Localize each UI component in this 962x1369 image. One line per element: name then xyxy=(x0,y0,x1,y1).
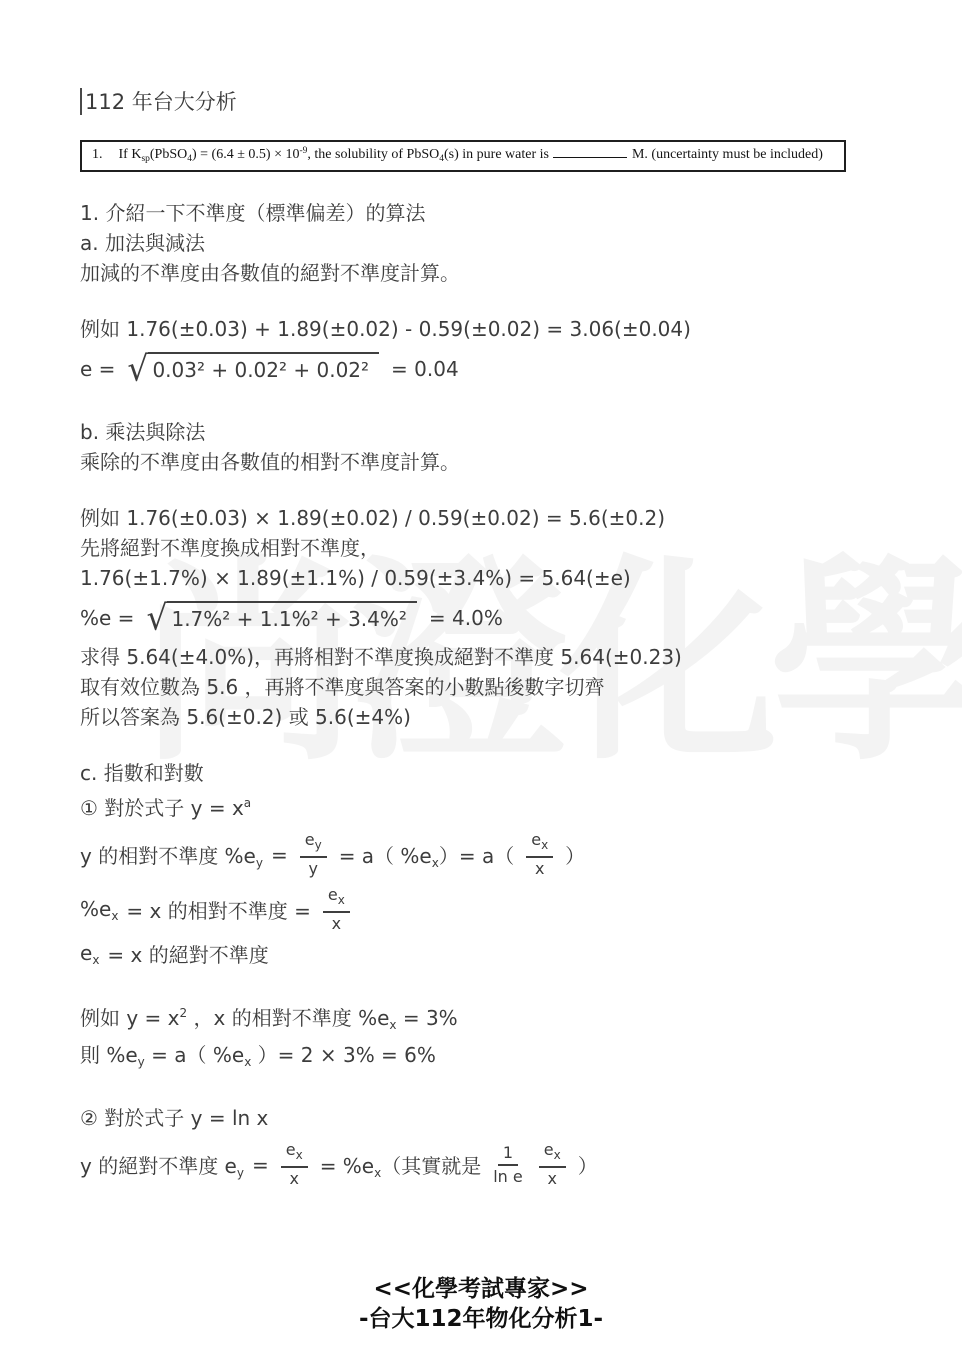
spacer xyxy=(80,593,922,601)
subscript-y: y xyxy=(138,1055,145,1069)
spacer xyxy=(80,972,922,998)
numerator: ex xyxy=(281,1141,308,1168)
formula-pre: ex xyxy=(80,941,99,967)
formula-pre: y 的相對不準度 %ey xyxy=(80,840,263,870)
section-b-example: 例如 1.76(±0.03) × 1.89(±0.02) / 0.59(±0.0… xyxy=(80,503,922,533)
section-c-item1: ① 對於式子 y = xa xyxy=(80,788,922,823)
denominator: x xyxy=(289,1168,298,1188)
subscript-x: x xyxy=(338,893,345,907)
spacer xyxy=(80,477,922,503)
fraction-ex-over-x: ex x xyxy=(526,831,553,878)
section-c-example2: 則 %ey = a（ %ex ）= 2 × 3% = 6% xyxy=(80,1040,922,1077)
radicand: 0.03² + 0.02² + 0.02² xyxy=(148,352,379,382)
denominator: x xyxy=(547,1168,556,1188)
question-box: 1. If Ksp(PbSO4) = (6.4 ± 0.5) × 10-9, t… xyxy=(80,140,846,172)
section-a-heading: a. 加法與減法 xyxy=(80,228,922,258)
formula-pre: %ex xyxy=(80,897,118,923)
page-title-text: 112 年台大分析 xyxy=(85,86,237,116)
formula-absolute-error: e = √ 0.03² + 0.02² + 0.02² = 0.04 xyxy=(80,352,922,385)
question-number: 1. xyxy=(92,147,103,163)
denominator: x xyxy=(535,858,544,878)
formula-lhs: %e = xyxy=(80,606,134,630)
section-a-description: 加減的不準度由各數值的絕對不準度計算。 xyxy=(80,258,922,288)
equals-sign: = xyxy=(252,1153,269,1177)
formula-rhs: = 4.0% xyxy=(429,606,503,630)
section-b-result3: 所以答案為 5.6(±0.2) 或 5.6(±4%) xyxy=(80,702,922,732)
spacer xyxy=(80,634,922,642)
subscript-x: x xyxy=(541,838,548,852)
subscript-sp: sp xyxy=(141,154,149,164)
formula-rest: = x 的絕對不準度 xyxy=(107,939,268,968)
formula-mid: = %ex（其實就是 xyxy=(320,1150,482,1180)
superscript-a: a xyxy=(244,796,251,810)
radical-sign-icon: √ xyxy=(146,600,167,635)
denominator: x xyxy=(332,913,341,933)
radicand: 1.7%² + 1.1%² + 3.4%² xyxy=(167,601,416,631)
square-root: √ 0.03² + 0.02² + 0.02² xyxy=(127,352,379,385)
section-b-result2: 取有效位數為 5.6 ，再將不準度與答案的小數點後數字切齊 xyxy=(80,672,922,702)
footer-doc-label: -台大112年物化分析1- xyxy=(0,1304,962,1334)
fraction-ex-over-x: ex x xyxy=(539,1141,566,1188)
spacer xyxy=(80,344,922,352)
spacer xyxy=(80,732,922,758)
subscript-y: y xyxy=(237,1166,244,1180)
spacer xyxy=(80,1077,922,1103)
formula-rhs: = 0.04 xyxy=(391,357,459,381)
subscript-x: x xyxy=(296,1148,303,1162)
formula-pre: y 的絕對不準度 ey xyxy=(80,1150,244,1180)
formula-def-absolute: ex = x 的絕對不準度 xyxy=(80,939,922,968)
formula-relative-error: %e = √ 1.7%² + 1.1%² + 3.4%² = 4.0% xyxy=(80,601,922,634)
denominator: y xyxy=(308,858,317,878)
section-b-step2: 1.76(±1.7%) × 1.89(±1.1%) / 0.59(±3.4%) … xyxy=(80,563,922,593)
spacer xyxy=(80,288,922,314)
page-title: 112 年台大分析 xyxy=(80,86,922,116)
formula-mid: = x 的相對不準度 = xyxy=(126,895,310,924)
numerator: ex xyxy=(526,831,553,858)
numerator: ey xyxy=(300,831,327,858)
formula-abs-uncertainty-y: y 的絕對不準度 ey = ex x = %ex（其實就是 1 ln e ex … xyxy=(80,1141,922,1188)
subscript-y: y xyxy=(256,856,263,870)
formula-lhs: e = xyxy=(80,357,115,381)
subscript-y: y xyxy=(315,838,322,852)
page-footer: <<化學考試專家>> -台大112年物化分析1- xyxy=(0,1274,962,1334)
intro-heading: 1. 介紹一下不準度（標準偏差）的算法 xyxy=(80,198,922,228)
fraction-ey-over-y: ey y xyxy=(300,831,327,878)
formula-def-relative: %ex = x 的相對不準度 = ex x xyxy=(80,886,922,933)
numerator: ex xyxy=(539,1141,566,1168)
close-paren: ） xyxy=(565,840,585,869)
question-text: If Ksp(PbSO4) = (6.4 ± 0.5) × 10-9, the … xyxy=(119,146,823,164)
page-content: 112 年台大分析 1. If Ksp(PbSO4) = (6.4 ± 0.5)… xyxy=(0,0,962,1188)
fraction-one-over-lne: 1 ln e xyxy=(493,1144,523,1186)
equals-sign: = xyxy=(271,843,288,867)
numerator: 1 xyxy=(498,1144,518,1166)
answer-blank xyxy=(553,146,627,158)
section-b-result1: 求得 5.64(±4.0%)，再將相對不準度換成絕對不準度 5.64(±0.23… xyxy=(80,642,922,672)
subscript-x: x xyxy=(432,856,439,870)
subscript-x: x xyxy=(554,1148,561,1162)
section-c-example1: 例如 y = x2 ，x 的相對不準度 %ex = 3% xyxy=(80,998,922,1040)
document-page: 尚澄化學 112 年台大分析 1. If Ksp(PbSO4) = (6.4 ±… xyxy=(0,0,962,1369)
section-c-heading: c. 指數和對數 xyxy=(80,758,922,788)
subscript-x: x xyxy=(111,909,118,923)
denominator: ln e xyxy=(493,1166,523,1186)
subscript-x: x xyxy=(244,1055,251,1069)
subscript-x: x xyxy=(389,1018,396,1032)
section-b-heading: b. 乘法與除法 xyxy=(80,417,922,447)
square-root: √ 1.7%² + 1.1%² + 3.4%² xyxy=(146,601,416,634)
section-c-item2: ② 對於式子 y = ln x xyxy=(80,1103,922,1133)
fraction-ex-over-x: ex x xyxy=(281,1141,308,1188)
title-leading-line xyxy=(80,88,82,115)
radical-sign-icon: √ xyxy=(127,351,148,386)
spacer xyxy=(80,385,922,417)
section-a-example: 例如 1.76(±0.03) + 1.89(±0.02) - 0.59(±0.0… xyxy=(80,314,922,344)
fraction-ex-over-x: ex x xyxy=(323,886,350,933)
formula-mid: = a（ %ex）= a（ xyxy=(339,840,515,870)
section-b-step1: 先將絕對不準度換成相對不準度， xyxy=(80,533,922,563)
close-paren: ） xyxy=(578,1150,598,1179)
numerator: ex xyxy=(323,886,350,913)
formula-rel-uncertainty-y: y 的相對不準度 %ey = ey y = a（ %ex）= a（ ex x ） xyxy=(80,831,922,878)
section-b-description: 乘除的不準度由各數值的相對不準度計算。 xyxy=(80,447,922,477)
subscript-x: x xyxy=(92,953,99,967)
superscript-2: 2 xyxy=(180,1006,188,1020)
footer-brand: <<化學考試專家>> xyxy=(0,1274,962,1304)
